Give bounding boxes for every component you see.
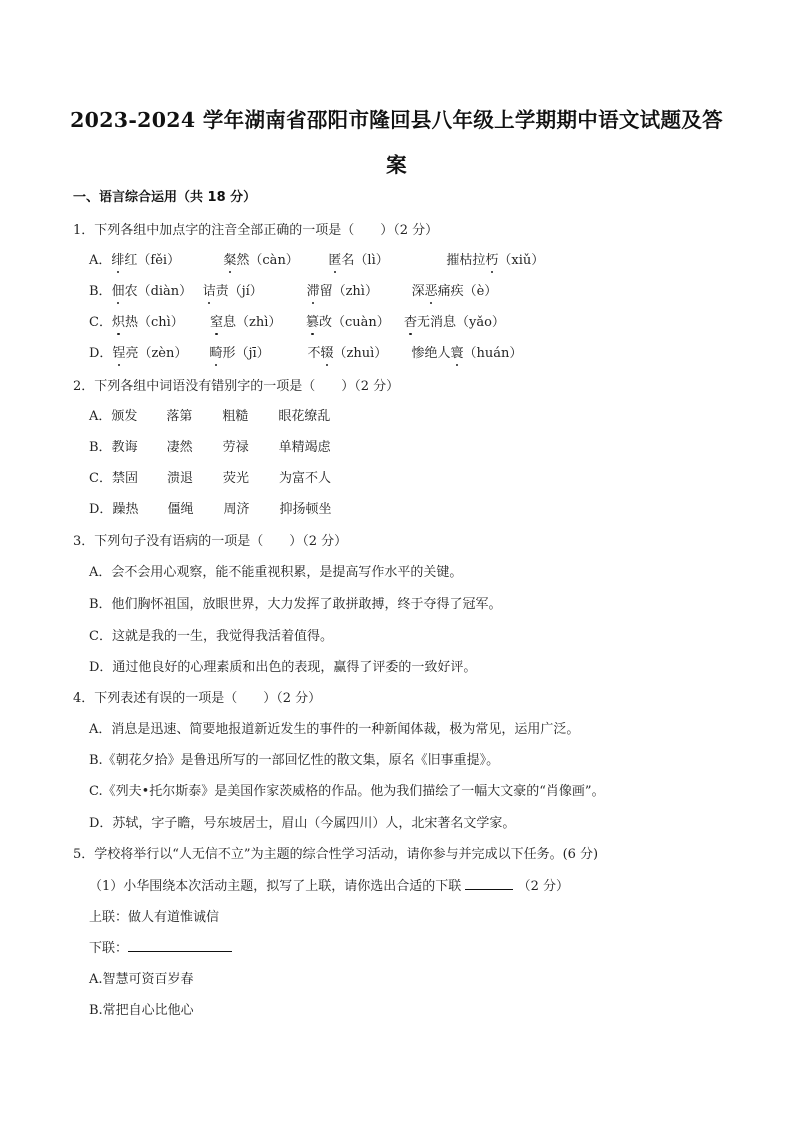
q4-option-a: A．消息是迅速、简要地报道新近发生的事件的一种新闻体裁，极为常见，运用广泛。 (89, 718, 579, 737)
question-5-stem: 5．学校将举行以“人无信不立”为主题的综合性学习活动，请你参与并完成以下任务。(… (73, 843, 598, 862)
q5-sub1: （1）小华围绕本次活动主题，拟写了上联，请你选出合适的下联 （2 分） (89, 875, 569, 894)
q2-option-d: D．躁热僵绳周济抑扬顿坐 (89, 498, 331, 517)
lower-couplet-blank[interactable] (128, 939, 232, 952)
q4-option-d: D．苏轼，字子瞻，号东坡居士，眉山（今属四川）人，北宋著名文学家。 (89, 812, 515, 831)
q2-option-c: C．禁固溃退荧光为富不人 (89, 467, 331, 486)
upper-couplet: 上联：做人有道惟诚信 (89, 906, 219, 925)
document-title-line1: 2023-2024 学年湖南省邵阳市隆回县八年级上学期期中语文试题及答 (60, 103, 733, 133)
q3-option-c: C．这就是我的一生，我觉得我活着值得。 (89, 625, 333, 644)
question-3-stem: 3．下列句子没有语病的一项是（ ）（2 分） (73, 530, 347, 549)
answer-blank[interactable] (465, 877, 513, 890)
q4-option-b: B.《朝花夕拾》是鲁迅所写的一部回忆性的散文集，原名《旧事重提》。 (89, 749, 499, 768)
question-1-stem: 1．下列各组中加点字的注音全部正确的一项是（ ）（2 分） (73, 219, 438, 238)
document-page: 2023-2024 学年湖南省邵阳市隆回县八年级上学期期中语文试题及答 案 一、… (0, 0, 793, 1122)
q5-choice-a: A.智慧可资百岁春 (89, 968, 194, 987)
q2-option-b: B．教诲凄然劳禄单精竭虑 (89, 436, 331, 455)
lower-couplet: 下联： (89, 937, 232, 956)
q1-option-b: B．佃农（diàn）诘责（jí）滞留（zhì）深恶痛疾（è） (89, 280, 497, 299)
question-4-stem: 4．下列表述有误的一项是（ ）（2 分） (73, 687, 321, 706)
q4-option-c: C.《列夫•托尔斯泰》是美国作家茨威格的作品。他为我们描绘了一幅大文豪的“肖像画… (89, 780, 605, 799)
document-title-line2: 案 (60, 148, 733, 178)
q1-option-a: A．绯红（fěi）粲然（càn）匿名（lì）摧枯拉朽（xiǔ） (89, 249, 544, 268)
q1-option-d: D．锃亮（zèn）畸形（jī）不辍（zhuì）惨绝人寰（huán） (89, 342, 522, 361)
question-2-stem: 2．下列各组中词语没有错别字的一项是（ ）（2 分） (73, 375, 399, 394)
q3-option-d: D．通过他良好的心理素质和出色的表现，赢得了评委的一致好评。 (89, 656, 476, 675)
q5-choice-b: B.常把自心比他心 (89, 999, 194, 1018)
q3-option-b: B．他们胸怀祖国，放眼世界，大力发挥了敢拼敢搏，终于夺得了冠军。 (89, 593, 502, 612)
q3-option-a: A．会不会用心观察，能不能重视积累，是提高写作水平的关键。 (89, 561, 462, 580)
section-heading: 一、语言综合运用（共 18 分） (73, 186, 256, 205)
q2-option-a: A．颁发落第粗糙眼花缭乱 (89, 405, 330, 424)
q1-option-c: C．炽热（chì）窒息（zhì）篡改（cuàn）杳无消息（yǎo） (89, 311, 505, 330)
